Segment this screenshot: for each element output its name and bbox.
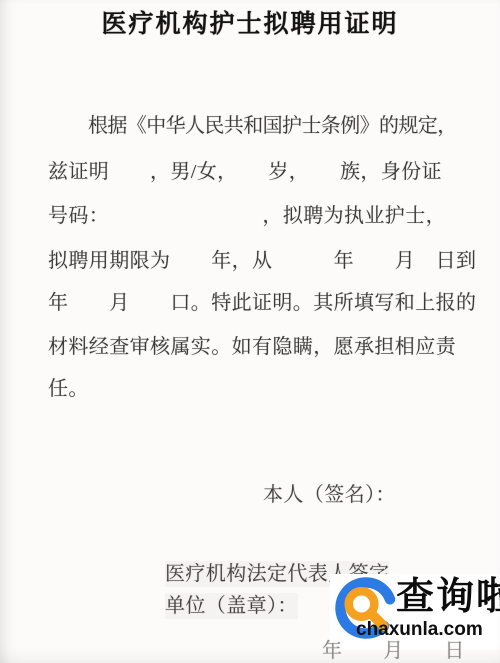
body-line-5: 年 月 口。特此证明。其所填写和上报的 bbox=[48, 290, 476, 316]
document-title: 医疗机构护士拟聘用证明 bbox=[0, 4, 500, 40]
body-line-6: 材料经查审核属实。如有隐瞒，愿承担相应责 bbox=[48, 334, 456, 360]
body-line-7: 任。 bbox=[48, 376, 89, 402]
body-line-4: 拟聘用期限为 年，从 年 月 日到 bbox=[48, 248, 476, 274]
self-signature-label: 本人（签名）： bbox=[263, 482, 396, 508]
body-line-2: 兹证明 ，男/女， 岁， 族，身份证 bbox=[48, 159, 442, 185]
unit-seal-label: 单位（盖章）： bbox=[165, 593, 298, 619]
body-line-1: 根据《中华人民共和国护士条例》的规定， bbox=[88, 113, 457, 139]
watermark-brand-text: 查询啦 bbox=[396, 576, 500, 618]
date-line: 年 月 日 bbox=[322, 638, 465, 663]
body-line-3: 号码： ，拟聘为执业护士， bbox=[48, 203, 446, 229]
